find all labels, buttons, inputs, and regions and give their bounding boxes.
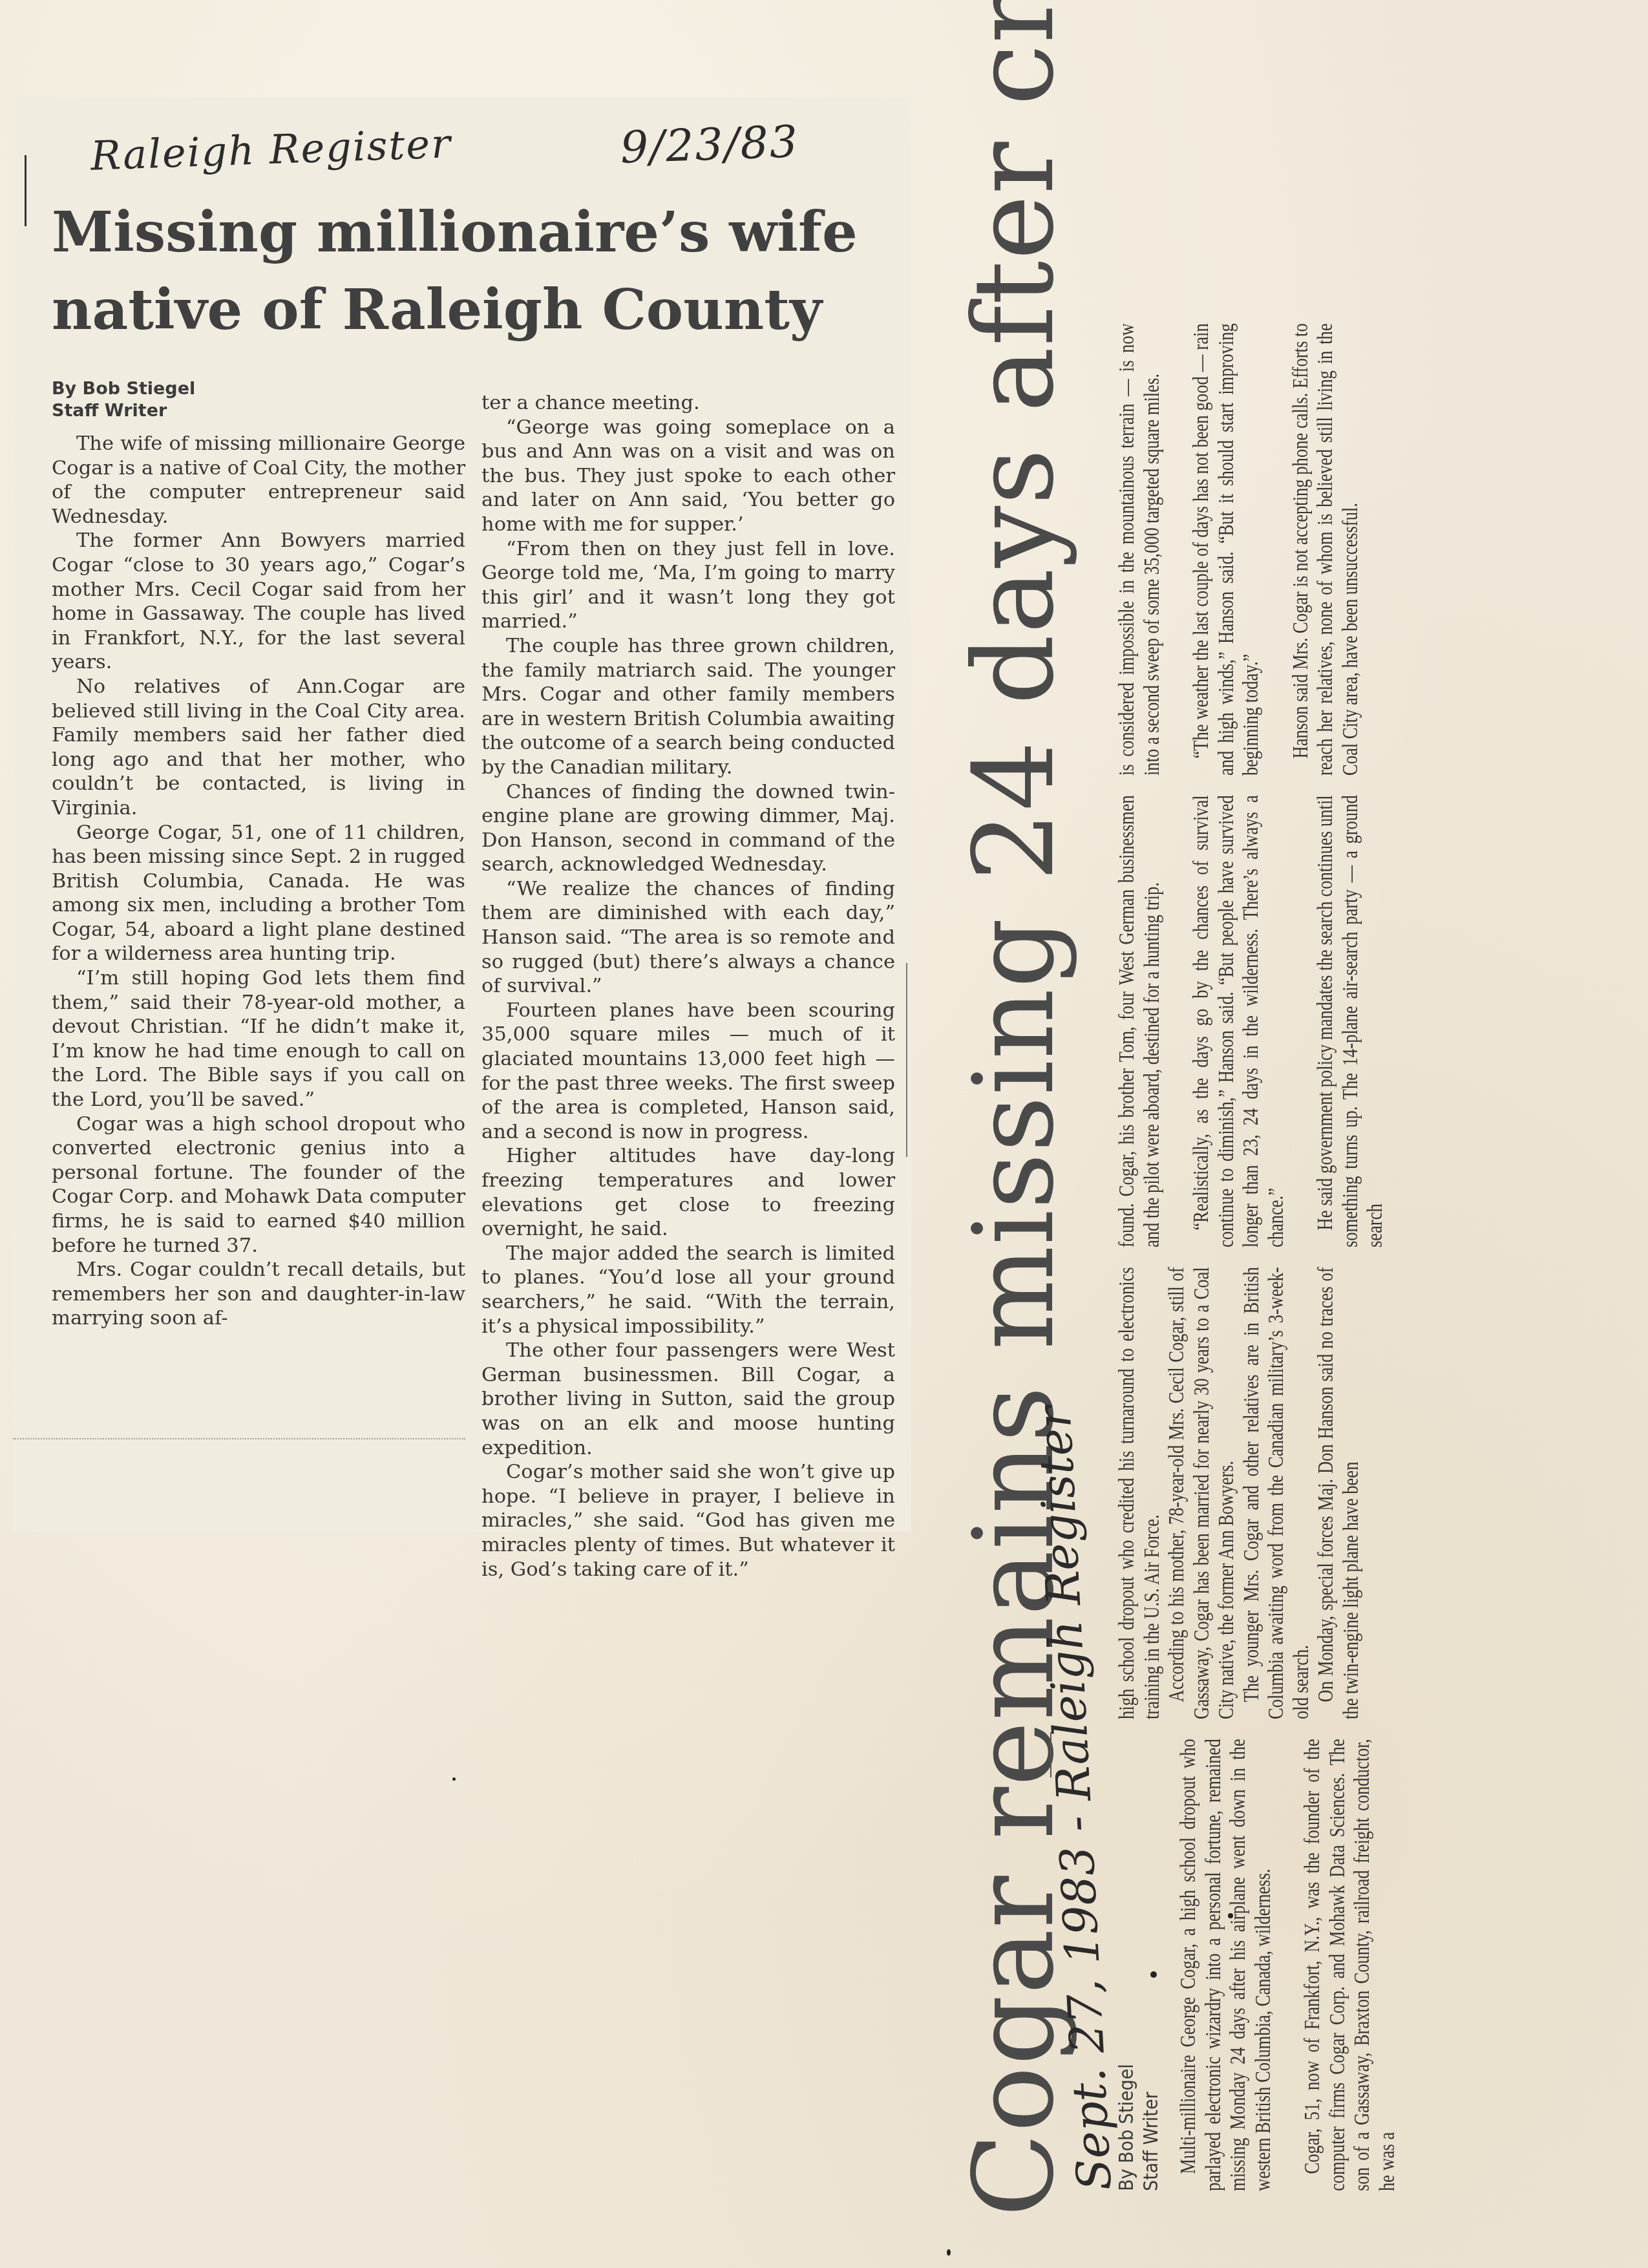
paragraph: Cogar, 51, now of Frankfort, N.Y., was t…	[1300, 1739, 1400, 2191]
paragraph-continuation: ter a chance meeting.	[481, 391, 895, 416]
paragraph: The wife of missing millionaire George C…	[52, 432, 465, 529]
paragraph: He said government policy mandates the s…	[1313, 795, 1388, 1247]
paragraph: Multi-millionaire George Cogar, a high s…	[1176, 1739, 1276, 2191]
headline-line-1: Missing millionaire’s wife	[52, 200, 858, 265]
paragraph: “We realize the chances of finding them …	[481, 877, 895, 999]
scan-speck	[1228, 1913, 1233, 1918]
handwritten-date-note: 9/23/83	[620, 116, 800, 174]
column-rule	[906, 963, 907, 1157]
paragraph: Hanson said Mrs. Cogar is not accepting …	[1289, 323, 1364, 776]
paragraph: The couple has three grown children, the…	[481, 634, 895, 780]
scan-speck	[452, 1777, 456, 1781]
headline-line-2: native of Raleigh County	[52, 277, 822, 343]
scan-mark	[1050, 1732, 1051, 1777]
rotated-column-1: Multi-millionaire George Cogar, a high s…	[1176, 1739, 1400, 2191]
rotated-column-2: high school dropout who credited his tur…	[1115, 1267, 1364, 1719]
paragraph: The other four passengers were West Germ…	[481, 1339, 895, 1460]
paragraph: George Cogar, 51, one of 11 children, ha…	[52, 821, 465, 967]
paragraph: Cogar’s mother said she won’t give up ho…	[481, 1460, 895, 1582]
paragraph: “The weather the last couple of days has…	[1189, 323, 1264, 776]
byline: By Bob Stiegel Staff Writer	[52, 378, 195, 422]
rotated-column-4: is considered impossible in the mountain…	[1115, 323, 1363, 776]
paragraph: Higher altitudes have day-long freezing …	[481, 1144, 895, 1241]
byline-name: By Bob Stiegel	[1115, 2064, 1139, 2191]
paragraph: On Monday, special forces Maj. Don Hanso…	[1314, 1267, 1364, 1719]
paragraph: is considered impossible in the mountain…	[1115, 323, 1165, 776]
paragraph: The younger Mrs. Cogar and other relativ…	[1240, 1267, 1315, 1719]
paragraph: found. Cogar, his brother Tom, four West…	[1115, 795, 1165, 1247]
byline-name: By Bob Stiegel	[52, 378, 195, 400]
article-column-2: ter a chance meeting. “George was going …	[481, 391, 895, 1582]
paragraph: According to his mother, 78-year-old Mrs…	[1165, 1267, 1240, 1719]
headline: Missing millionaire’s wife native of Ral…	[52, 194, 905, 349]
rotated-column-3: found. Cogar, his brother Tom, four West…	[1115, 795, 1388, 1247]
paragraph: “George was going someplace on a bus and…	[481, 416, 895, 537]
scan-speck	[947, 2249, 951, 2256]
byline-title: Staff Writer	[1139, 2064, 1164, 2191]
paragraph: Fourteen planes have been scouring 35,00…	[481, 999, 895, 1145]
article-column-1: The wife of missing millionaire George C…	[52, 432, 465, 1331]
paragraph: Chances of finding the downed twin-engin…	[481, 780, 895, 877]
paragraph: The major added the search is limited to…	[481, 1242, 895, 1339]
rotated-byline: By Bob Stiegel Staff Writer	[1115, 2064, 1164, 2191]
paragraph: “Realistically, as the days go by the ch…	[1189, 795, 1289, 1247]
paragraph: Cogar was a high school dropout who conv…	[52, 1112, 465, 1258]
paragraph: high school dropout who credited his tur…	[1115, 1267, 1165, 1719]
scan-speck	[1150, 1971, 1157, 1978]
paragraph: No relatives of Ann.Cogar are believed s…	[52, 675, 465, 821]
paragraph: “From then on they just fell in love. Ge…	[481, 537, 895, 634]
paragraph: Mrs. Cogar couldn’t recall details, but …	[52, 1258, 465, 1331]
paragraph: The former Ann Bowyers married Cogar “cl…	[52, 529, 465, 675]
clipping-cut-edge	[13, 1438, 465, 1440]
paragraph: “I’m still hoping God lets them find the…	[52, 966, 465, 1112]
clipping-cogar-remains-missing: Cogar remains missing 24 days after cras…	[944, 84, 1525, 2217]
clipping-edge-mark	[25, 155, 26, 226]
byline-title: Staff Writer	[52, 400, 195, 422]
